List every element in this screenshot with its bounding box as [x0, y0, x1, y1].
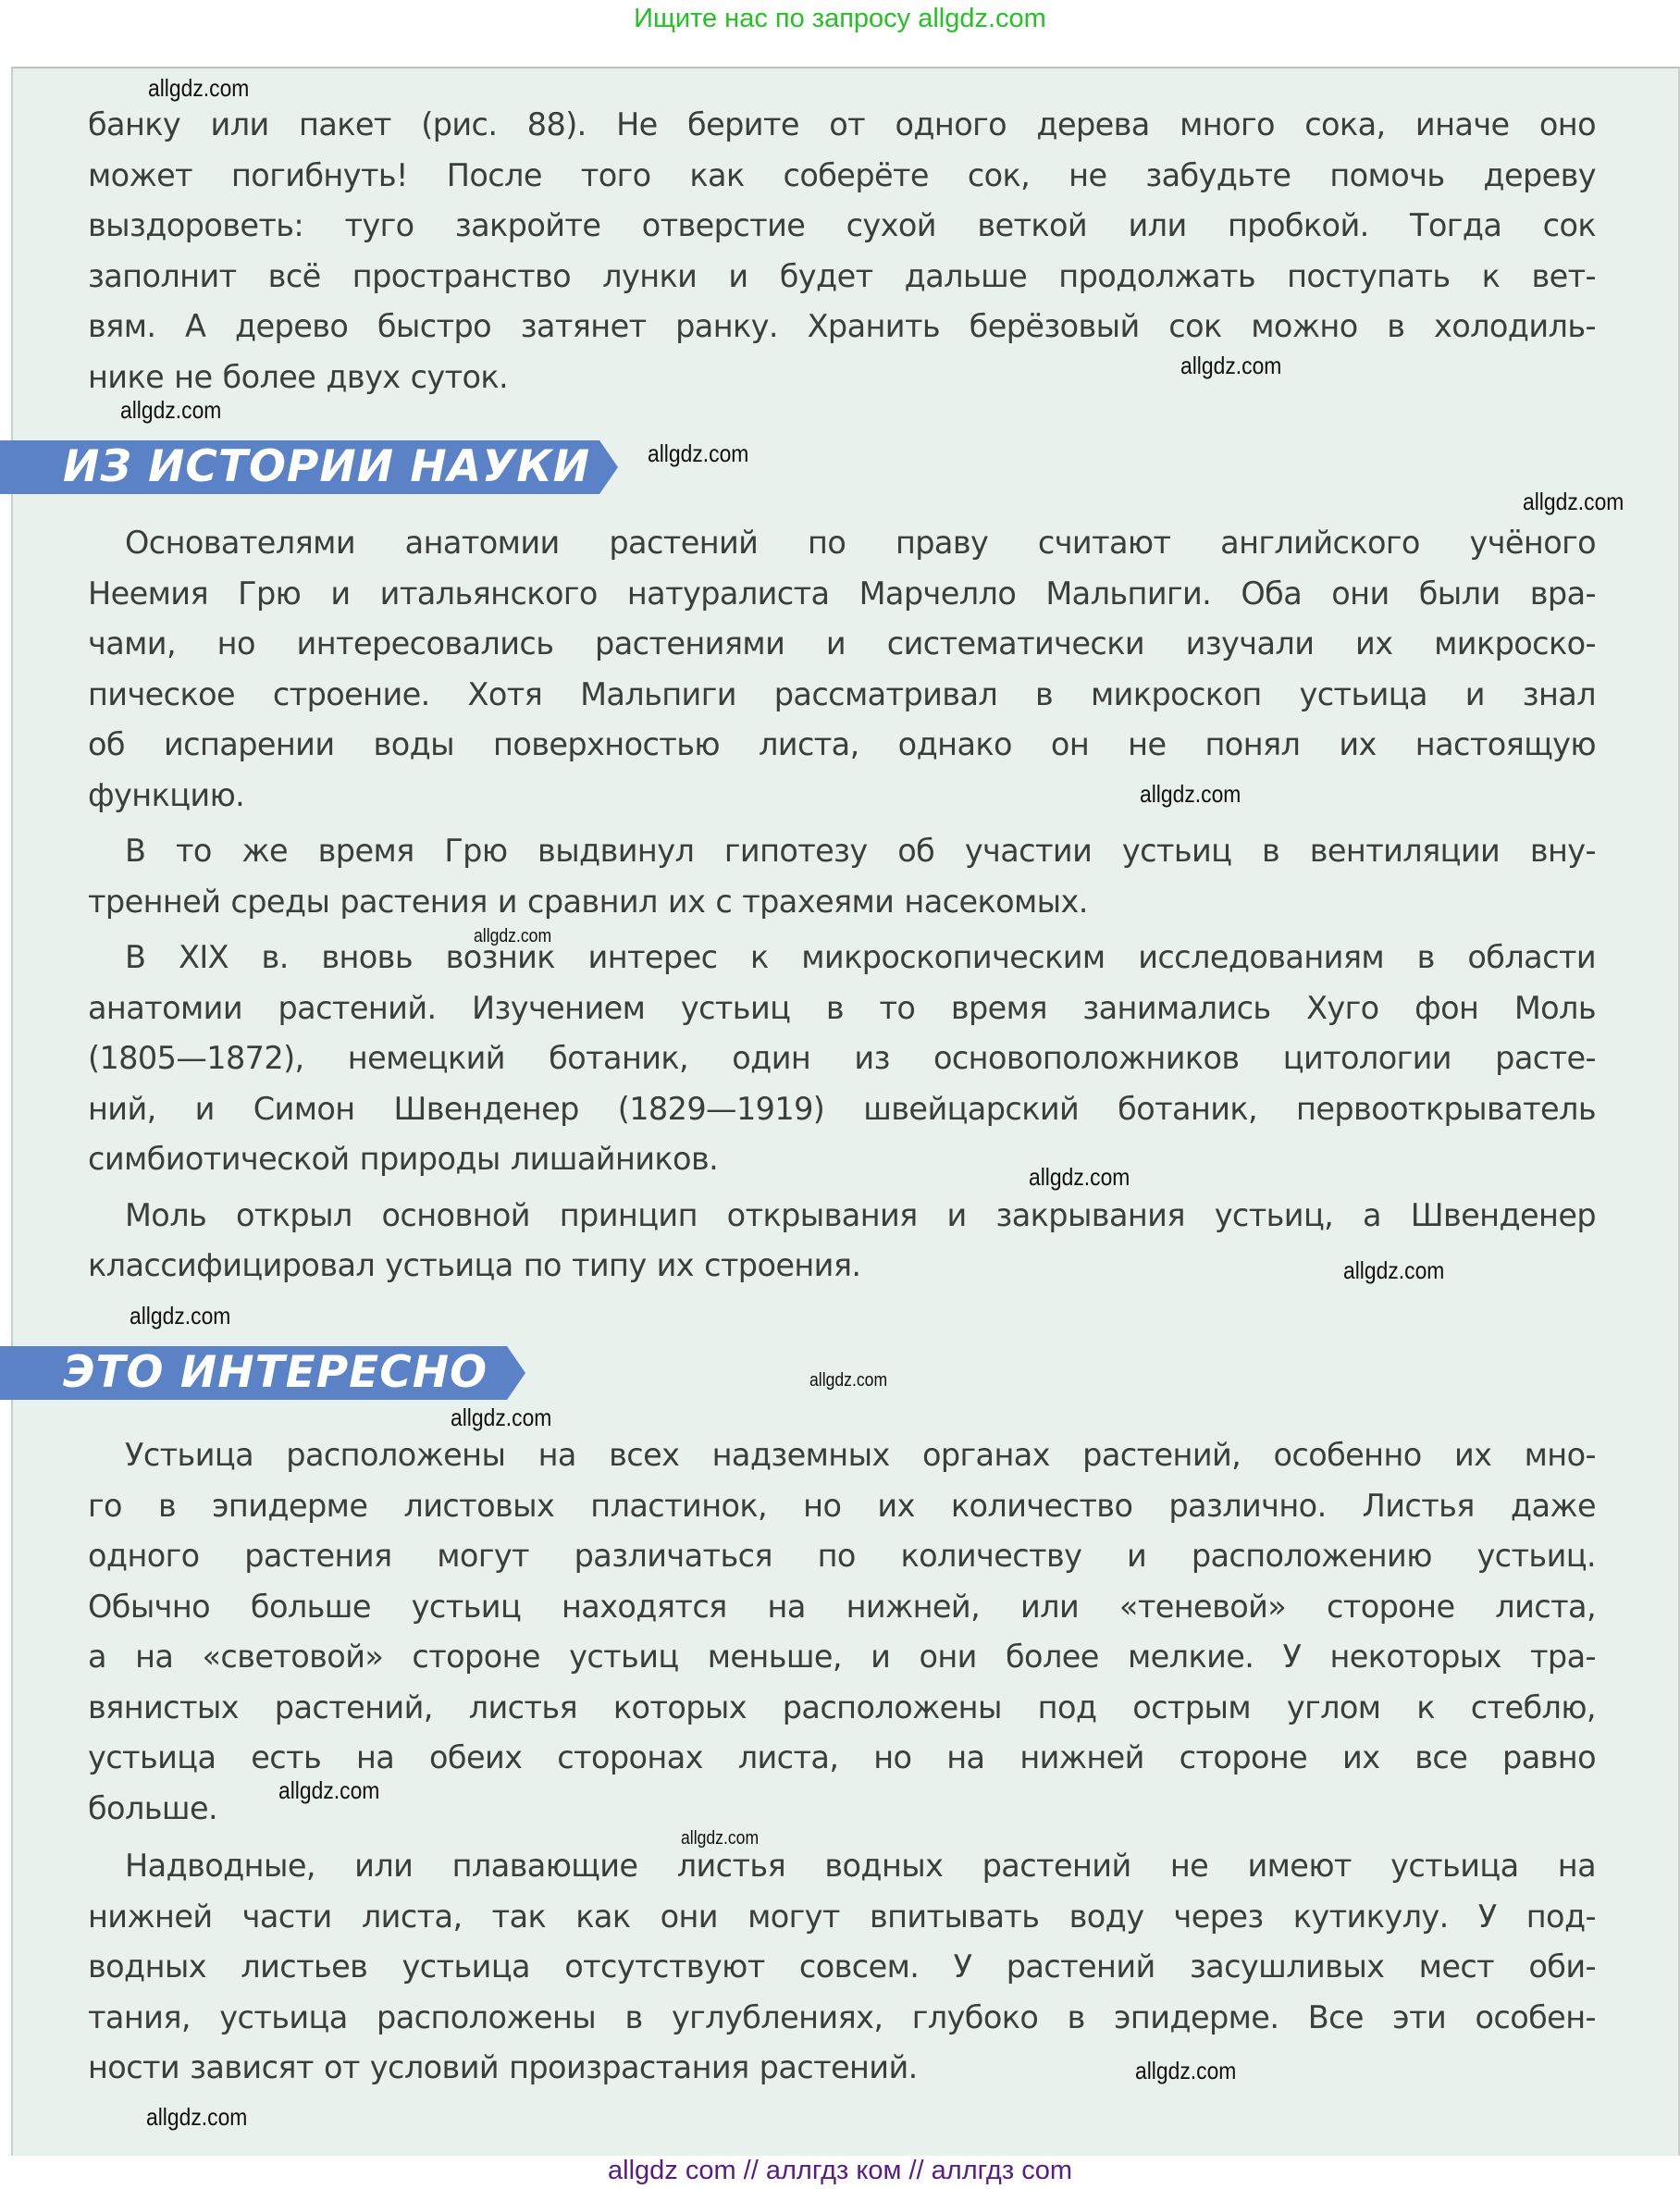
text-line: может погибнуть! После того как соберёте…: [88, 151, 1596, 202]
text-line: вям. А дерево быстро затянет ранку. Хран…: [88, 302, 1596, 352]
history-paragraph-1: Основателями анатомии растений по праву …: [88, 518, 1596, 821]
watermark: allgdz.com: [1135, 2057, 1236, 2084]
text-line: Моль открыл основной принцип открывания …: [88, 1191, 1596, 1242]
interesting-text: Устьица расположены на всех надземных ор…: [88, 1430, 1596, 2094]
section-title: ЭТО ИНТЕРЕСНО: [63, 1347, 488, 1398]
watermark: allgdz.com: [278, 1776, 379, 1804]
text-line: выздороветь: туго закройте отверстие сух…: [88, 201, 1596, 252]
watermark: allgdz.com: [1523, 488, 1624, 515]
text-line: тания, устьица расположены в углублениях…: [88, 1993, 1596, 2044]
text-line: симбиотической природы лишайников.: [88, 1134, 1596, 1185]
text-line: Неемия Грю и итальянского натуралиста Ма…: [88, 569, 1596, 620]
text-line: анатомии растений. Изучением устьиц в то…: [88, 983, 1596, 1034]
watermark: allgdz.com: [148, 74, 249, 102]
section-title: ИЗ ИСТОРИИ НАУКИ: [63, 441, 590, 492]
watermark: allgdz.com: [1180, 352, 1281, 379]
watermark: allgdz.com: [1343, 1256, 1444, 1284]
history-paragraph-3: В XIX в. вновь возник интерес к микроско…: [88, 933, 1596, 1185]
watermark: allgdz.com: [120, 396, 221, 424]
history-paragraph-2: В то же время Грю выдвинул гипотезу об у…: [88, 826, 1596, 927]
text-line: об испарении воды поверхностью листа, од…: [88, 720, 1596, 771]
text-line: ний, и Симон Швенденер (1829—1919) швейц…: [88, 1084, 1596, 1135]
watermark: allgdz.com: [681, 1824, 759, 1852]
watermark: allgdz.com: [1140, 780, 1241, 808]
text-line: Устьица расположены на всех надземных ор…: [88, 1430, 1596, 1481]
history-text: Основателями анатомии растений по праву …: [88, 518, 1596, 1292]
text-line: Основателями анатомии растений по праву …: [88, 518, 1596, 569]
interesting-paragraph-1: Устьица расположены на всех надземных ор…: [88, 1430, 1596, 1834]
section-header-history: ИЗ ИСТОРИИ НАУКИ: [0, 440, 618, 494]
text-line: нике не более двух суток.: [88, 352, 1596, 403]
text-line: одного растения могут различаться по кол…: [88, 1531, 1596, 1582]
text-line: водных листьев устьица отсутствуют совсе…: [88, 1942, 1596, 1993]
text-line: Обычно больше устьиц находятся на нижней…: [88, 1582, 1596, 1633]
text-line: тренней среды растения и сравнил их с тр…: [88, 877, 1596, 928]
text-line: банку или пакет (рис. 88). Не берите от …: [88, 100, 1596, 151]
intro-text: банку или пакет (рис. 88). Не берите от …: [88, 100, 1596, 402]
text-line: го в эпидерме листовых пластинок, но их …: [88, 1481, 1596, 1532]
text-line: чами, но интересовались растениями и сис…: [88, 619, 1596, 670]
watermark: allgdz.com: [809, 1367, 887, 1394]
interesting-paragraph-2: Надводные, или плавающие листья водных р…: [88, 1841, 1596, 2094]
text-line: В XIX в. вновь возник интерес к микроско…: [88, 933, 1596, 983]
intro-paragraph: банку или пакет (рис. 88). Не берите от …: [88, 100, 1596, 402]
text-line: заполнит всё пространство лунки и будет …: [88, 252, 1596, 303]
text-line: функцию.: [88, 771, 1596, 822]
top-banner: Ищите нас по запросу allgdz.com: [0, 0, 1680, 37]
section-header-interesting: ЭТО ИНТЕРЕСНО: [0, 1346, 525, 1400]
text-line: пическое строение. Хотя Мальпиги рассмат…: [88, 670, 1596, 721]
watermark: allgdz.com: [451, 1404, 551, 1431]
text-line: ности зависят от условий произрастания р…: [88, 2043, 1596, 2094]
watermark: allgdz.com: [648, 439, 748, 467]
text-line: В то же время Грю выдвинул гипотезу об у…: [88, 826, 1596, 877]
watermark: allgdz.com: [1029, 1163, 1130, 1191]
watermark: allgdz.com: [474, 922, 551, 950]
text-line: Надводные, или плавающие листья водных р…: [88, 1841, 1596, 1892]
text-line: (1805—1872), немецкий ботаник, один из о…: [88, 1033, 1596, 1084]
bottom-banner: allgdz com // аллгдз ком // аллгдз com: [0, 2152, 1680, 2189]
text-line: а на «световой» стороне устьиц меньше, и…: [88, 1632, 1596, 1683]
watermark: allgdz.com: [130, 1302, 230, 1329]
text-line: вянистых растений, листья которых распол…: [88, 1683, 1596, 1734]
text-line: нижней части листа, так как они могут вп…: [88, 1892, 1596, 1943]
watermark: allgdz.com: [146, 2103, 247, 2131]
